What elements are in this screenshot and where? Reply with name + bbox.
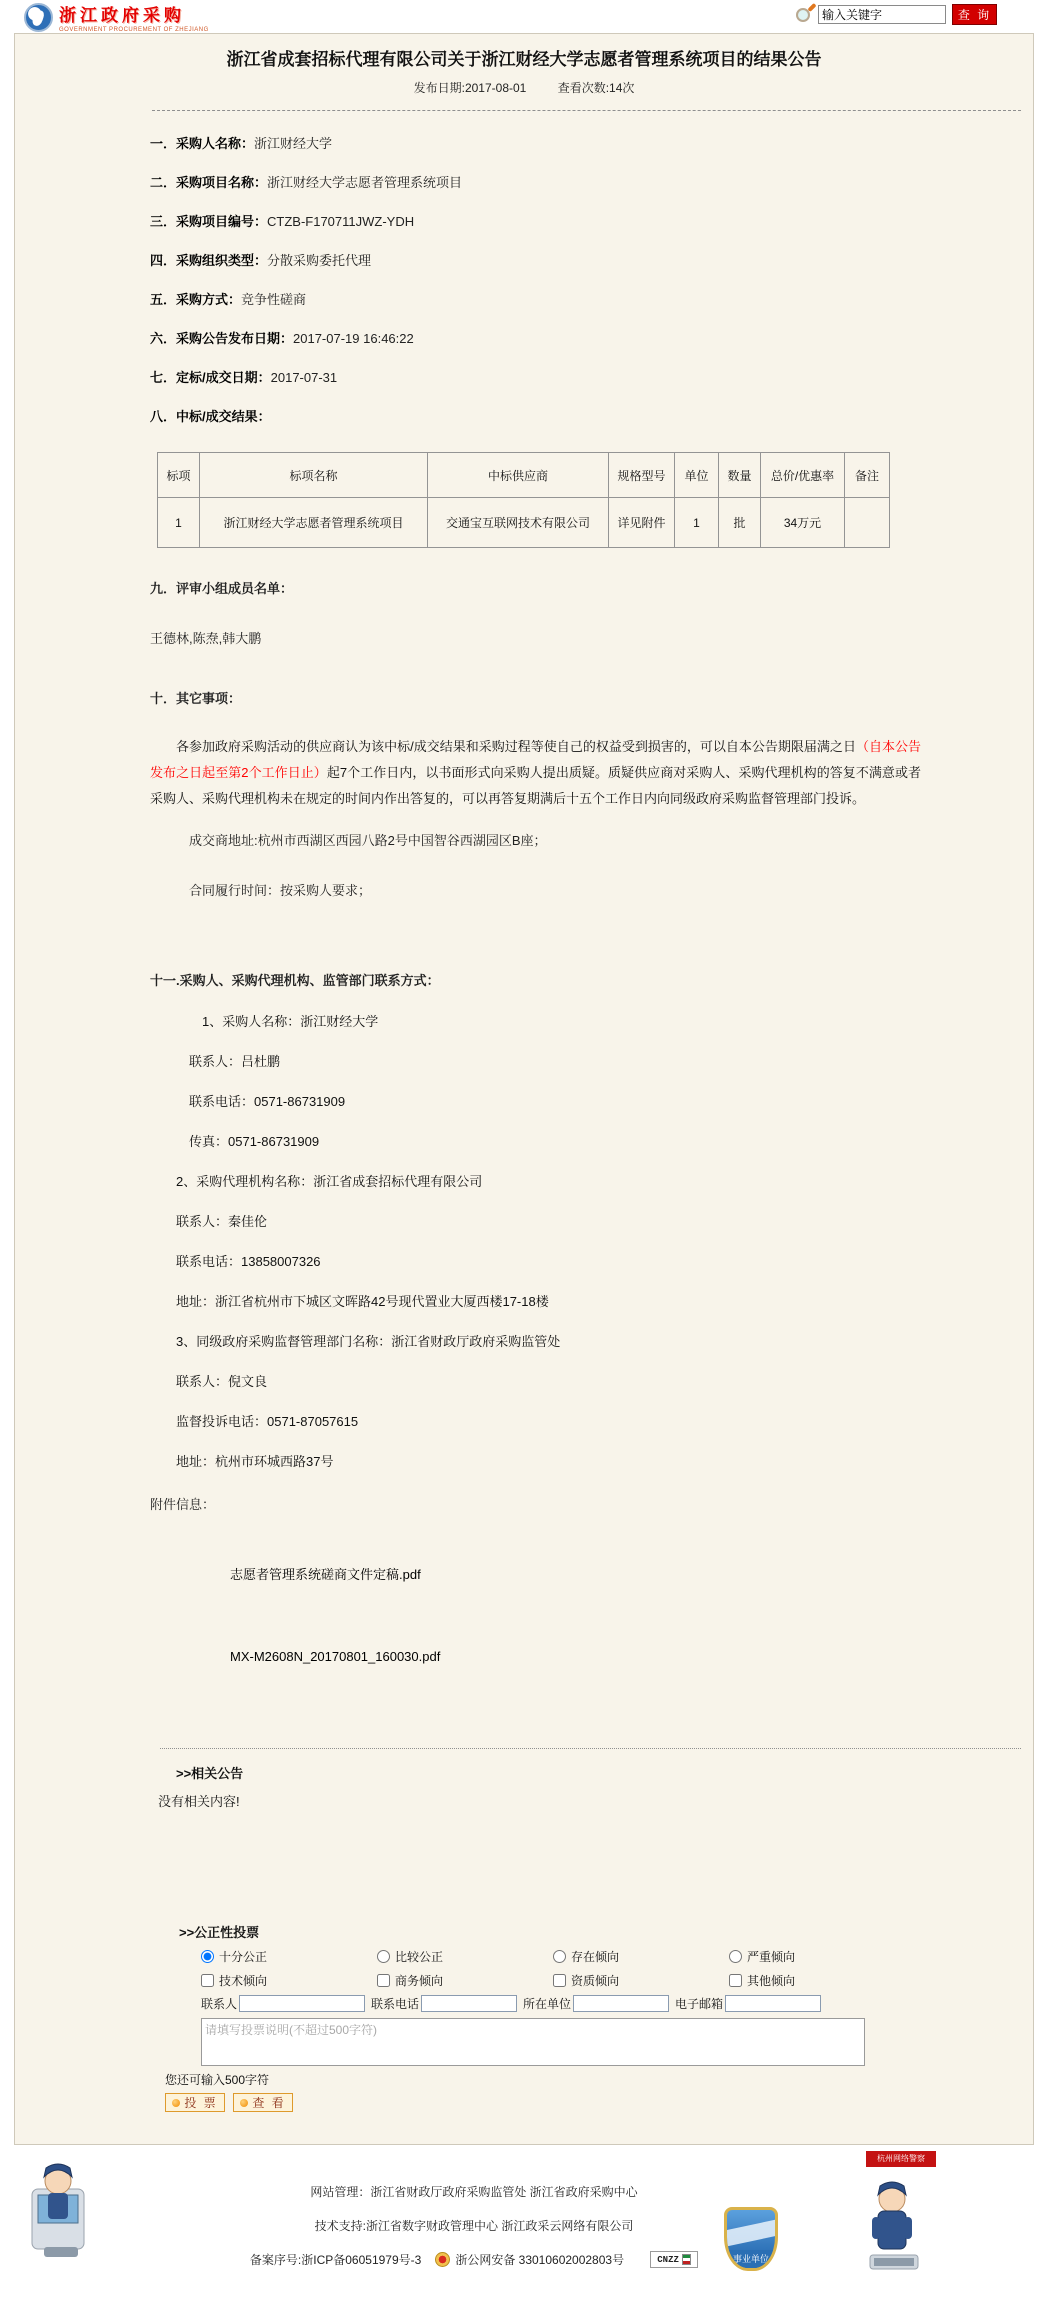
attachment-link[interactable]: 志愿者管理系统磋商文件定稿.pdf (150, 1564, 921, 1583)
related-empty-text: 没有相关内容! (158, 1791, 1033, 1810)
site-logo-subtitle: GOVERNMENT PROCUREMENT OF ZHEJIANG (59, 27, 209, 33)
check-label: 技术倾向 (219, 1972, 267, 1989)
contact-line: 地址：杭州市环城西路37号 (150, 1455, 921, 1468)
check-technical-bias[interactable] (201, 1974, 214, 1987)
hangzhou-cyber-police-label: 杭州网络警察 (866, 2151, 936, 2167)
col-header: 单位 (675, 453, 719, 498)
section-method: 五．采购方式：竞争性磋商 (150, 293, 921, 307)
email-label: 电子邮箱 (675, 1995, 723, 2012)
page-title: 浙江省成套招标代理有限公司关于浙江财经大学志愿者管理系统项目的结果公告 (15, 34, 1033, 71)
radio-very-fair[interactable] (201, 1950, 214, 1963)
icp-number[interactable]: 备案序号:浙ICP备06051979号-3 (250, 2251, 421, 2268)
vote-title: >>公正性投票 (165, 1922, 905, 1941)
supplier-address: 成交商地址:杭州市西湖区西园八路2号中国智谷西湖园区B座； (150, 834, 921, 848)
email-input[interactable] (725, 1995, 821, 2012)
vote-buttons: 投 票 查 看 (165, 2093, 905, 2112)
cyber-police-mascot-icon (852, 2171, 940, 2279)
cell-remark (845, 498, 890, 548)
check-label: 资质倾向 (571, 1972, 619, 1989)
site-logo-title: 浙江政府采购 (59, 1, 209, 26)
page-footer: 网站管理：浙江省财政厅政府采购监管处 浙江省政府采购中心 技术支持:浙江省数字财… (0, 2145, 1048, 2312)
section-result-heading: 八．中标/成交结果： (150, 410, 921, 424)
col-header: 备注 (845, 453, 890, 498)
cell-price: 34万元 (761, 498, 845, 548)
fairness-vote-form: >>公正性投票 十分公正 比较公正 存在倾向 严重倾向 技术倾向 商务倾向 资质… (165, 1922, 905, 2112)
public-security-number[interactable]: 浙公网安备 33010602002803号 (455, 2251, 624, 2268)
radio-severe-bias[interactable] (729, 1950, 742, 1963)
radio-label: 十分公正 (219, 1948, 267, 1965)
content-panel: 浙江省成套招标代理有限公司关于浙江财经大学志愿者管理系统项目的结果公告 发布日期… (14, 33, 1034, 2145)
public-institution-badge[interactable]: 事业单位 (724, 2207, 778, 2271)
contact-line: 联系电话：0571-86731909 (150, 1095, 921, 1108)
related-announcements: >>相关公告 没有相关内容! (15, 1749, 1033, 1810)
doc-meta: 发布日期:2017-08-01 查看次数:14次 (15, 79, 1033, 96)
cell-lot-name: 浙江财经大学志愿者管理系统项目 (200, 498, 428, 548)
check-business-bias[interactable] (377, 1974, 390, 1987)
cnzz-flag-icon (682, 2254, 691, 2265)
contract-time: 合同履行时间：按采购人要求； (150, 884, 921, 898)
result-table: 标项 标项名称 中标供应商 规格型号 单位 数量 总价/优惠率 备注 1 浙江财… (157, 452, 890, 548)
radio-label: 存在倾向 (571, 1948, 619, 1965)
article-body: 一．采购人名称：浙江财经大学 二．采购项目名称：浙江财经大学志愿者管理系统项目 … (15, 111, 1033, 1664)
col-header: 数量 (719, 453, 761, 498)
contact-line: 联系电话：13858007326 (150, 1255, 921, 1268)
vote-submit-button[interactable]: 投 票 (165, 2093, 225, 2112)
vote-dot-icon (240, 2099, 248, 2107)
cell-qty: 批 (719, 498, 761, 548)
check-label: 其他倾向 (747, 1972, 795, 1989)
contact-line: 联系人：倪文良 (150, 1375, 921, 1388)
contact-line: 联系人：吕杜鹏 (150, 1055, 921, 1068)
contact-line: 传真：0571-86731909 (150, 1135, 921, 1148)
radio-label: 严重倾向 (747, 1948, 795, 1965)
vote-comment-textarea[interactable] (201, 2018, 865, 2066)
check-other-bias[interactable] (729, 1974, 742, 1987)
section-contacts-heading: 十一.采购人、采购代理机构、监管部门联系方式： (150, 974, 921, 988)
col-header: 标项名称 (200, 453, 428, 498)
site-logo[interactable]: 浙江政府采购 GOVERNMENT PROCUREMENT OF ZHEJIAN… (24, 1, 209, 33)
check-qualification-bias[interactable] (553, 1974, 566, 1987)
work-unit-label: 所在单位 (523, 1995, 571, 2012)
section-announce-date: 六．采购公告发布日期：2017-07-19 16:46:22 (150, 332, 921, 346)
section-project-number: 三．采购项目编号：CTZB-F170711JWZ-YDH (150, 215, 921, 229)
radio-bias[interactable] (553, 1950, 566, 1963)
police-mascot-icon (24, 2155, 112, 2263)
radio-label: 比较公正 (395, 1948, 443, 1965)
cell-spec: 详见附件 (609, 498, 675, 548)
vote-dot-icon (172, 2099, 180, 2107)
work-unit-input[interactable] (573, 1995, 669, 2012)
radio-fair[interactable] (377, 1950, 390, 1963)
col-header: 中标供应商 (428, 453, 609, 498)
site-logo-icon (24, 3, 53, 32)
col-header: 标项 (158, 453, 200, 498)
section-review-heading: 九．评审小组成员名单： (150, 582, 921, 596)
section-award-date: 七．定标/成交日期：2017-07-31 (150, 371, 921, 385)
contact-phone-input[interactable] (421, 1995, 517, 2012)
search-icon (796, 8, 810, 22)
contact-line: 2、采购代理机构名称：浙江省成套招标代理有限公司 (150, 1175, 921, 1188)
search-bar: 查 询 (796, 4, 997, 25)
contact-line: 监督投诉电话：0571-87057615 (150, 1415, 921, 1428)
vote-radio-row: 十分公正 比较公正 存在倾向 严重倾向 (165, 1948, 905, 1965)
cell-supplier: 交通宝互联网技术有限公司 (428, 498, 609, 548)
char-counter: 您还可输入500字符 (165, 2071, 905, 2088)
contact-phone-label: 联系电话 (371, 1995, 419, 2012)
cell-unit: 1 (675, 498, 719, 548)
contact-line: 联系人：秦佳伦 (150, 1215, 921, 1228)
footer-icp-line: 备案序号:浙ICP备06051979号-3 浙公网安备 330106020028… (118, 2251, 830, 2268)
vote-fields-row: 联系人 联系电话 所在单位 电子邮箱 (165, 1995, 905, 2012)
other-paragraph: 各参加政府采购活动的供应商认为该中标/成交结果和采购过程等使自己的权益受到损害的… (150, 734, 921, 812)
contact-line: 1、采购人名称：浙江财经大学 (150, 1015, 921, 1028)
related-title: >>相关公告 (158, 1763, 1033, 1782)
col-header: 规格型号 (609, 453, 675, 498)
section-other-heading: 十．其它事项： (150, 692, 921, 706)
check-label: 商务倾向 (395, 1972, 443, 1989)
result-table-header-row: 标项 标项名称 中标供应商 规格型号 单位 数量 总价/优惠率 备注 (158, 453, 890, 498)
publish-date: 发布日期:2017-08-01 (414, 81, 527, 95)
cnzz-badge[interactable]: CNZZ (650, 2251, 698, 2268)
section-org-type: 四．采购组织类型：分散采购委托代理 (150, 254, 921, 268)
view-count: 查看次数:14次 (558, 81, 635, 95)
contact-name-input[interactable] (239, 1995, 365, 2012)
cell-lot: 1 (158, 498, 200, 548)
search-button[interactable]: 查 询 (952, 4, 997, 25)
contact-line: 地址：浙江省杭州市下城区文晖路42号现代置业大厦西楼17-18楼 (150, 1295, 921, 1308)
top-header: 浙江政府采购 GOVERNMENT PROCUREMENT OF ZHEJIAN… (0, 0, 1048, 33)
review-members: 王德林,陈焘,韩大鹏 (150, 632, 921, 646)
footer-management-line: 网站管理：浙江省财政厅政府采购监管处 浙江省政府采购中心 (118, 2183, 830, 2200)
police-emblem-icon (435, 2252, 450, 2267)
section-buyer-name: 一．采购人名称：浙江财经大学 (150, 137, 921, 151)
result-table-row: 1 浙江财经大学志愿者管理系统项目 交通宝互联网技术有限公司 详见附件 1 批 … (158, 498, 890, 548)
contact-line: 3、同级政府采购监督管理部门名称：浙江省财政厅政府采购监管处 (150, 1335, 921, 1348)
section-project-name: 二．采购项目名称：浙江财经大学志愿者管理系统项目 (150, 176, 921, 190)
attachments-heading: 附件信息： (150, 1498, 921, 1512)
vote-checkbox-row: 技术倾向 商务倾向 资质倾向 其他倾向 (165, 1972, 905, 1989)
search-input[interactable] (818, 5, 946, 24)
vote-view-button[interactable]: 查 看 (233, 2093, 293, 2112)
col-header: 总价/优惠率 (761, 453, 845, 498)
contact-name-label: 联系人 (201, 1995, 237, 2012)
attachment-link[interactable]: MX-M2608N_20170801_160030.pdf (150, 1649, 921, 1664)
